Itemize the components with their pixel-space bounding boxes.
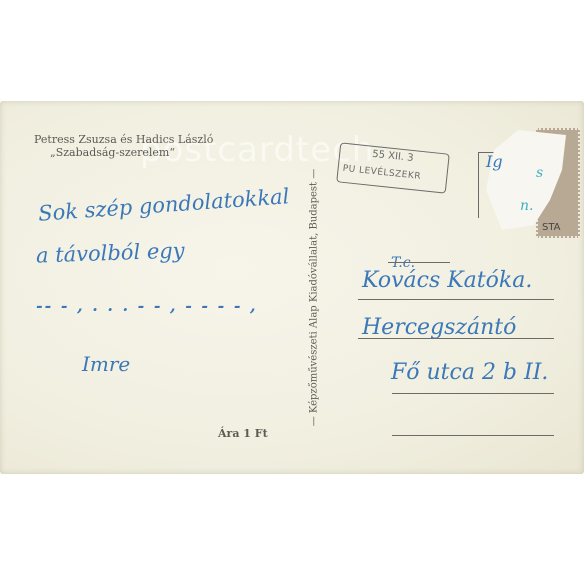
stamp-text: STA: [542, 222, 561, 233]
address-line-3: [392, 393, 554, 394]
address-name: Kovács Katóka.: [362, 268, 532, 293]
address-line-4: [392, 435, 554, 436]
stamp-handwriting-1: Ig: [486, 152, 503, 171]
caption-title: „Szabadság-szerelem“: [50, 146, 175, 159]
address-line-2: [358, 338, 554, 339]
stamp-handwriting-3: n.: [520, 198, 533, 214]
message-line-3: -- - , . . . - - , - - - - ,: [36, 296, 258, 315]
address-line-1: [358, 299, 554, 300]
stamp-handwriting-2: s: [536, 165, 543, 181]
caption-artists: Petress Zsuzsa és Hadics László: [34, 133, 213, 146]
address-town: Hercegszántó: [362, 315, 516, 340]
address-street: Fő utca 2 b II.: [391, 360, 548, 385]
publisher-line: — Képzőművészeti Alap Kiadóvállalat, Bud…: [309, 128, 320, 468]
signature: Imre: [82, 352, 130, 376]
postmark-office: PU LEVÉLSZEKR: [342, 164, 421, 182]
postmark-date: 55 XII. 3: [372, 149, 414, 164]
price-label: Ára 1 Ft: [218, 427, 268, 440]
address-line-0: [388, 262, 450, 263]
